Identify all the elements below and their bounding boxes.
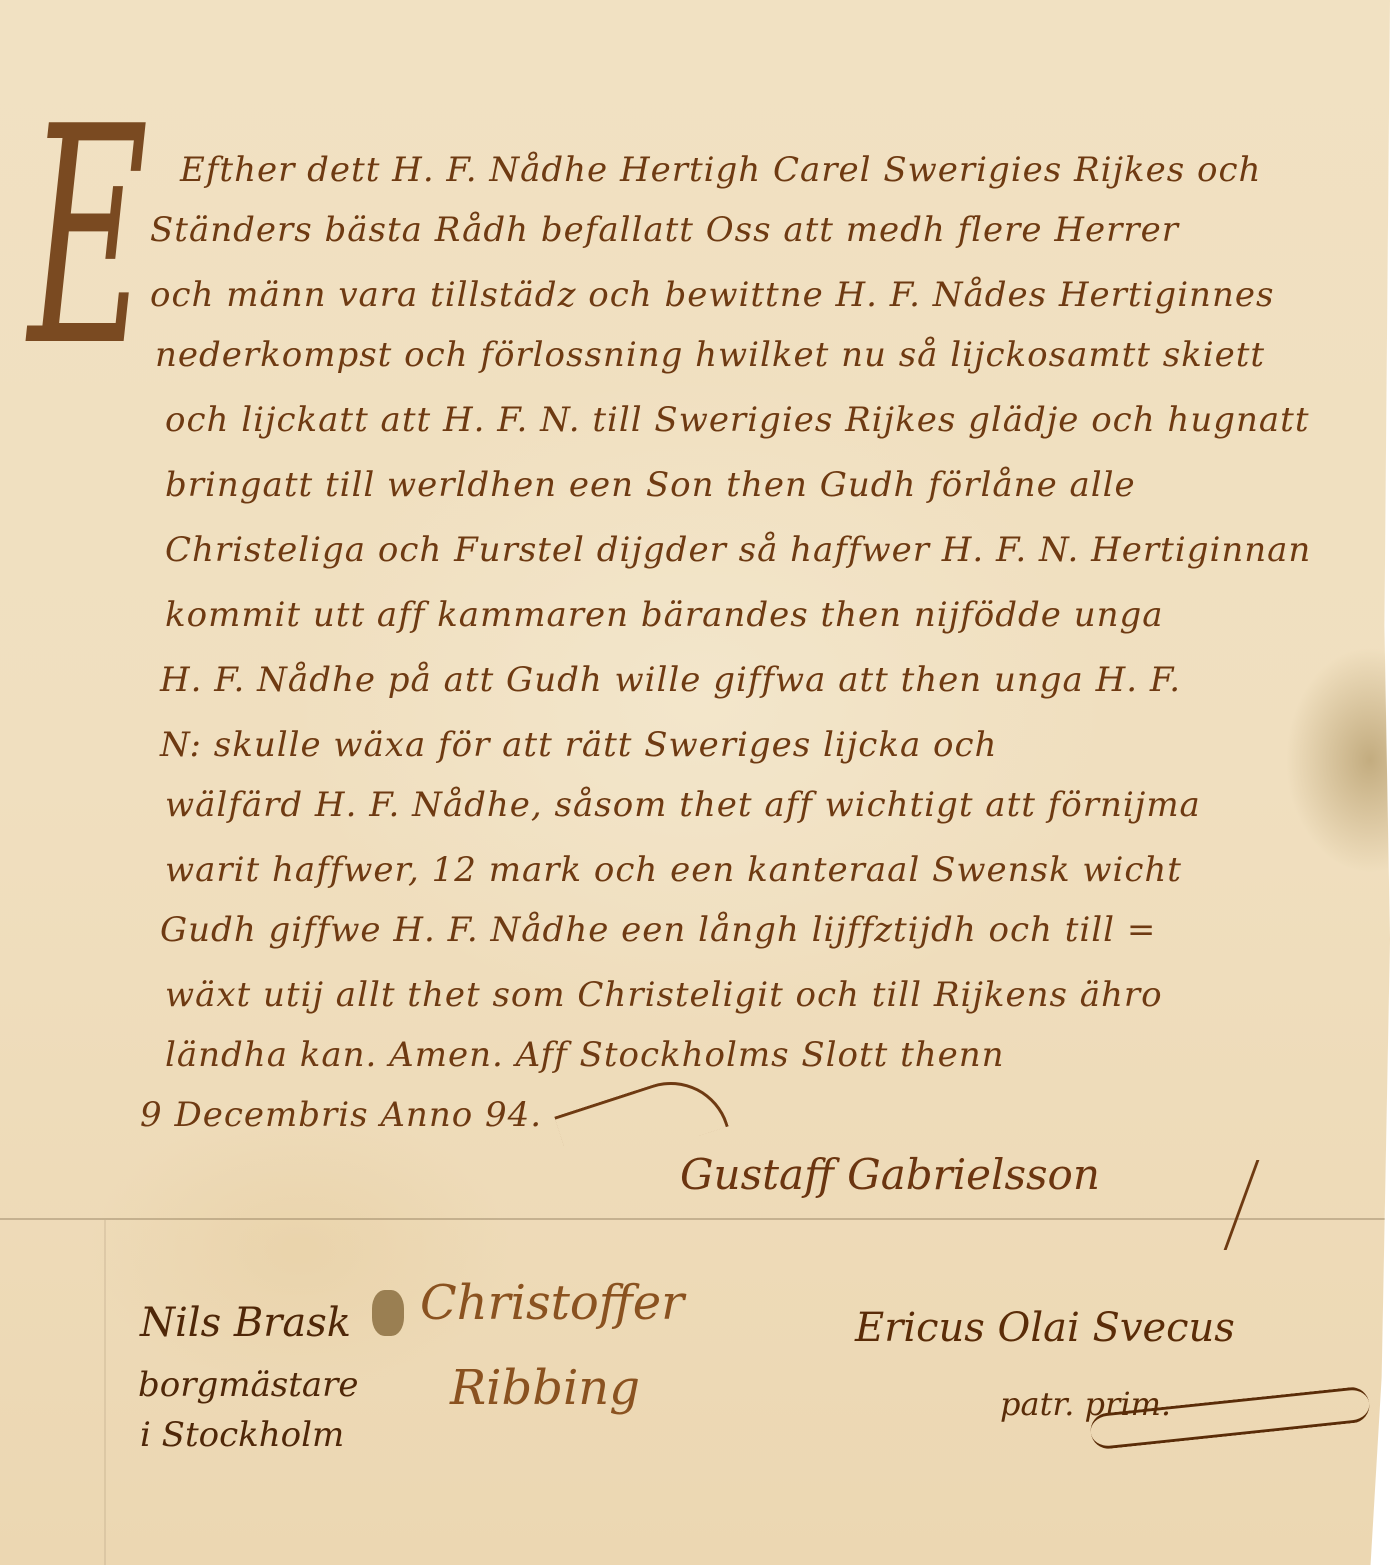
signature-ribbing: Ribbing bbox=[450, 1360, 640, 1416]
signature-title-stockholm: i Stockholm bbox=[140, 1415, 344, 1455]
text-line-6: bringatt till werldhen een Son then Gudh… bbox=[165, 465, 1136, 505]
text-line-8: kommit utt aff kammaren bärandes then ni… bbox=[165, 595, 1164, 635]
vertical-fold-crease bbox=[104, 1220, 106, 1565]
text-line-1: Efther dett H. F. Nådhe Hertigh Carel Sw… bbox=[180, 150, 1261, 190]
signature-christoffer: Christoffer bbox=[420, 1275, 684, 1331]
text-line-14: wäxt utij allt thet som Christeligit och… bbox=[165, 975, 1163, 1015]
text-line-4: nederkompst och förlossning hwilket nu s… bbox=[155, 335, 1265, 375]
text-line-9: H. F. Nådhe på att Gudh wille giffwa att… bbox=[160, 660, 1181, 700]
wax-seal-remnant bbox=[372, 1290, 404, 1336]
signature-ericus-olai: Ericus Olai Svecus bbox=[855, 1305, 1235, 1351]
text-line-11: wälfärd H. F. Nådhe, såsom thet aff wich… bbox=[165, 785, 1201, 825]
signature-gustaff-gabrielsson: Gustaff Gabrielsson bbox=[680, 1150, 1100, 1199]
text-line-3: och männ vara tillstädz och bewittne H. … bbox=[150, 275, 1274, 315]
signature-paraph bbox=[1164, 1160, 1260, 1250]
signature-nils-brask: Nils Brask bbox=[140, 1300, 351, 1346]
text-line-10: N: skulle wäxa för att rätt Sweriges lij… bbox=[160, 725, 997, 765]
text-line-12: warit haffwer, 12 mark och een kanteraal… bbox=[165, 850, 1182, 890]
text-line-13: Gudh giffwe H. F. Nådhe een långh lijffz… bbox=[160, 910, 1156, 950]
text-line-7: Christeliga och Furstel dijgder så haffw… bbox=[165, 530, 1311, 570]
text-line-2: Ständers bästa Rådh befallatt Oss att me… bbox=[150, 210, 1179, 250]
decorated-initial-letter: E bbox=[28, 88, 148, 388]
manuscript-page: E Efther dett H. F. Nådhe Hertigh Carel … bbox=[0, 0, 1390, 1565]
text-line-15: ländha kan. Amen. Aff Stockholms Slott t… bbox=[165, 1035, 1005, 1075]
signature-title-borgmastare: borgmästare bbox=[138, 1365, 359, 1405]
text-line-date: 9 Decembris Anno 94. bbox=[140, 1095, 542, 1135]
text-line-5: och lijckatt att H. F. N. till Swerigies… bbox=[165, 400, 1310, 440]
